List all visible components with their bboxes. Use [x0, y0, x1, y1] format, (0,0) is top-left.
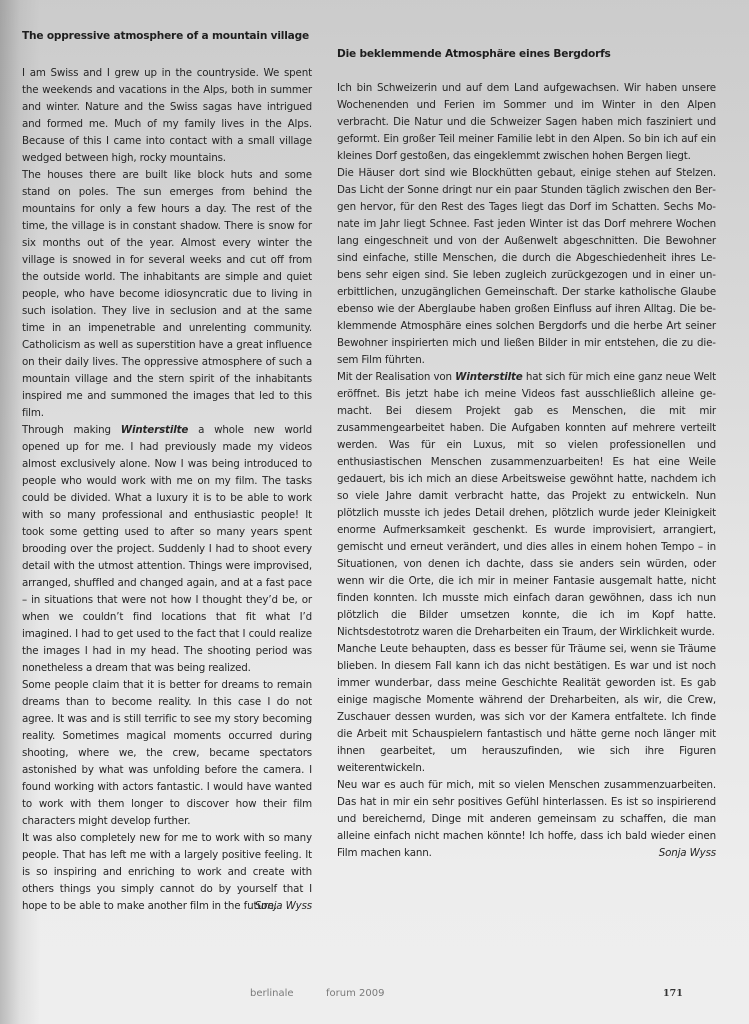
page-number: 171 [663, 988, 683, 999]
english-paragraph-1: I am Swiss and I grew up in the countrys… [22, 65, 312, 167]
film-title: Winterstilte [121, 424, 188, 436]
german-paragraph-2: Die Häuser dort sind wie Blockhütten geb… [337, 165, 716, 369]
english-column: The oppressive atmosphere of a mountain … [22, 28, 312, 915]
english-paragraph-4: Some people claim that it is better for … [22, 677, 312, 830]
german-paragraph-3-after: hat sich für mich eine ganz neue Welt er… [337, 371, 716, 638]
german-column: Die beklemmende Atmosphäre eines Bergdor… [337, 46, 716, 862]
english-paragraph-3-before: Through making [22, 424, 121, 436]
english-paragraph-2: The houses there are built like block hu… [22, 167, 312, 422]
footer-edition: forum 2009 [326, 988, 384, 999]
german-paragraph-1: Ich bin Schweizerin und auf dem Land auf… [337, 80, 716, 165]
english-heading: The oppressive atmosphere of a mountain … [22, 28, 312, 45]
german-paragraph-4: Manche Leute behaupten, dass es besser f… [337, 641, 716, 777]
footer-brand: berlinale [250, 988, 294, 999]
german-heading: Die beklemmende Atmosphäre eines Bergdor… [337, 46, 716, 63]
english-paragraph-3-after: a whole new world opened up for me. I ha… [22, 424, 312, 674]
film-title: Winterstilte [455, 371, 522, 383]
english-paragraph-3: Through making Winterstilte a whole new … [22, 422, 312, 677]
german-paragraph-3: Mit der Realisation von Winterstilte hat… [337, 369, 716, 641]
german-paragraph-3-before: Mit der Realisation von [337, 371, 455, 383]
